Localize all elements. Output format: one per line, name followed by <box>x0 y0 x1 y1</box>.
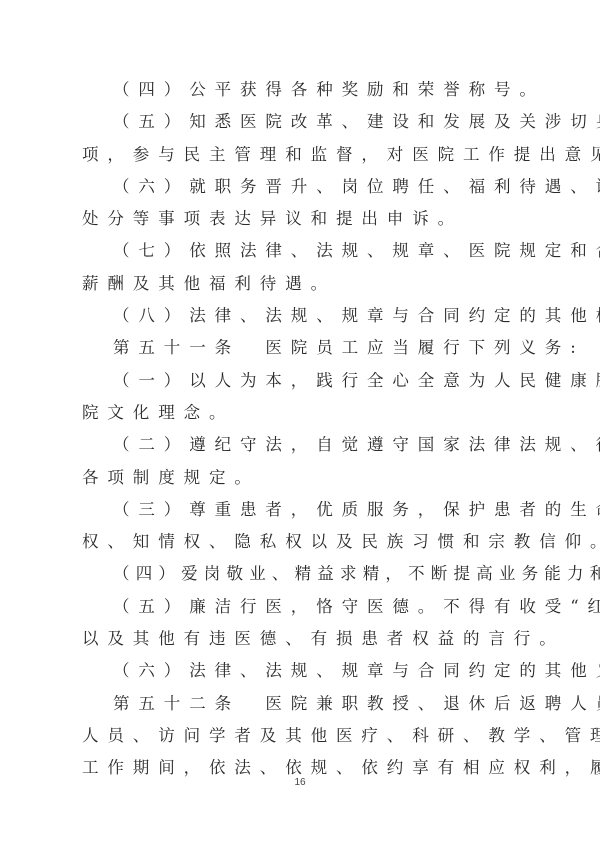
article-heading-52: 第五十二条 医院兼职教授、退休后返聘人员、博士后研究 <box>82 688 522 720</box>
paragraph-line: 权、知情权、隐私权以及民族习惯和宗教信仰。 <box>82 526 522 558</box>
paragraph-line: 薪酬及其他福利待遇。 <box>82 268 522 300</box>
paragraph-line: （八）法律、法规、规章与合同约定的其他权利。 <box>82 300 522 332</box>
paragraph-line: 处分等事项表达异议和提出申诉。 <box>82 203 522 235</box>
document-page: （四）公平获得各种奖励和荣誉称号。 （五）知悉医院改革、建设和发展及关涉切身利益… <box>82 74 522 785</box>
paragraph-line: （二）遵纪守法，自觉遵守国家法律法规、行业规章和医院 <box>82 429 522 461</box>
paragraph-line: （五）知悉医院改革、建设和发展及关涉切身利益的重大事 <box>82 106 522 138</box>
paragraph-line: 院文化理念。 <box>82 397 522 429</box>
paragraph-line: 各项制度规定。 <box>82 462 522 494</box>
paragraph-line: 项，参与民主管理和监督，对医院工作提出意见和建议。 <box>82 139 522 171</box>
paragraph-line: （四）爱岗敬业、精益求精，不断提高业务能力和服务水平。 <box>82 558 522 590</box>
paragraph-line: （四）公平获得各种奖励和荣誉称号。 <box>82 74 522 106</box>
paragraph-line: （六）就职务晋升、岗位聘任、福利待遇、评先评优、纪律 <box>82 171 522 203</box>
paragraph-line: （五）廉洁行医，恪守医德。不得有收受“红包”和“回扣” <box>82 591 522 623</box>
page-number: 16 <box>0 777 600 788</box>
paragraph-line: 以及其他有违医德、有损患者权益的言行。 <box>82 623 522 655</box>
paragraph-line: （一）以人为本，践行全心全意为人民健康服务的宗旨和医 <box>82 365 522 397</box>
article-heading-51: 第五十一条 医院员工应当履行下列义务: <box>82 332 522 364</box>
paragraph-line: （七）依照法律、法规、规章、医院规定和合同约定，获得 <box>82 235 522 267</box>
paragraph-line: （六）法律、法规、规章与合同约定的其他义务。 <box>82 655 522 687</box>
paragraph-line: 人员、访问学者及其他医疗、科研、教学、管理工作者，在医院 <box>82 720 522 752</box>
paragraph-line: （三）尊重患者，优质服务，保护患者的生命健康权、人格 <box>82 494 522 526</box>
